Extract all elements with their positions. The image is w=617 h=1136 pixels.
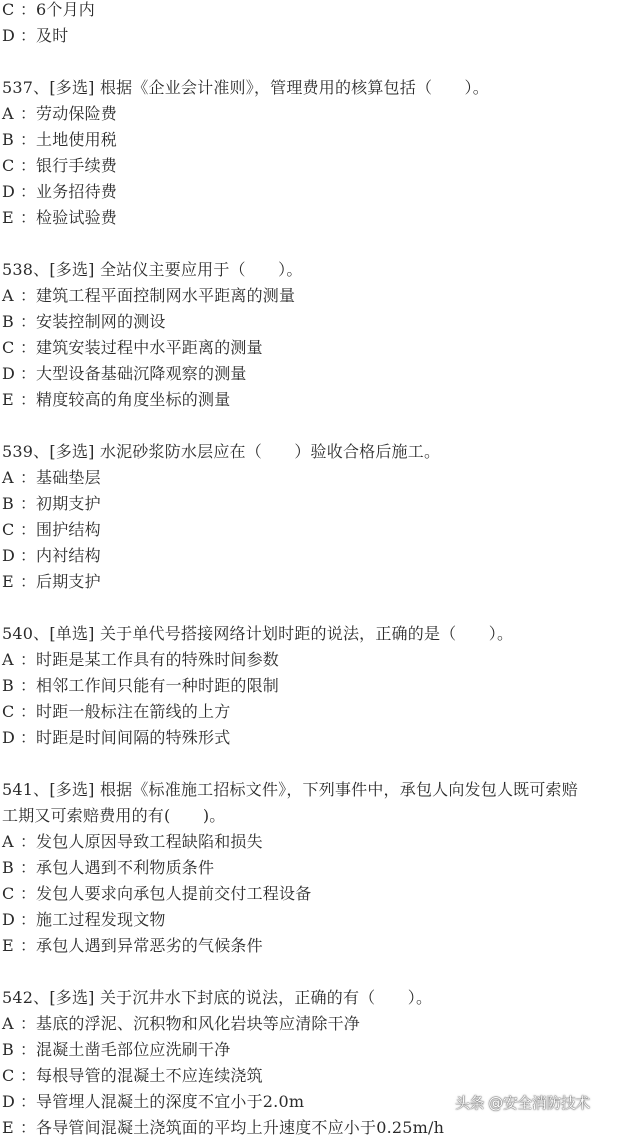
question-stem: 541、[多选] 根据《标准施工招标文件》，下列事件中，承包人向发包人既可索赔: [2, 777, 617, 803]
spacer: [2, 231, 617, 257]
option-line: E：各导管间混凝土浇筑面的平均上升速度不应小于0.25m/h: [2, 1115, 617, 1136]
option-line: A：时距是某工作具有的特殊时间参数: [2, 647, 617, 673]
question-stem: 538、[多选] 全站仪主要应用于（ ）。: [2, 257, 617, 283]
option-line: D：内衬结构: [2, 543, 617, 569]
option-line: C：围护结构: [2, 517, 617, 543]
option-colon: ：: [20, 101, 36, 127]
option-colon: ：: [20, 309, 36, 335]
option-letter: B: [2, 127, 20, 153]
question-number: 540: [2, 624, 33, 643]
option-colon: ：: [20, 1063, 36, 1089]
question-538: 538、[多选] 全站仪主要应用于（ ）。 A：建筑工程平面控制网水平距离的测量…: [2, 257, 617, 413]
option-letter: D: [2, 543, 20, 569]
option-line: B：承包人遇到不利物质条件: [2, 855, 617, 881]
option-colon: ：: [20, 0, 36, 23]
option-line: A：劳动保险费: [2, 101, 617, 127]
question-stem: 540、[单选] 关于单代号搭接网络计划时距的说法，正确的是（ ）。: [2, 621, 617, 647]
question-stem: 537、[多选] 根据《企业会计准则》，管理费用的核算包括（ ）。: [2, 75, 617, 101]
question-stem-continued: 工期又可索赔费用的有( )。: [2, 803, 617, 829]
option-line: E：承包人遇到异常恶劣的气候条件: [2, 933, 617, 959]
question-number: 541: [2, 780, 33, 799]
option-line: C：6个月内: [2, 0, 617, 23]
question-text: 全站仪主要应用于（ ）。: [100, 260, 303, 279]
question-stem: 542、[多选] 关于沉井水下封底的说法，正确的有（ ）。: [2, 985, 617, 1011]
option-colon: ：: [20, 543, 36, 569]
option-text: 检验试验费: [36, 208, 117, 227]
option-colon: ：: [20, 673, 36, 699]
option-line: C：每根导管的混凝土不应连续浇筑: [2, 1063, 617, 1089]
option-letter: D: [2, 725, 20, 751]
watermark: 头条 @安全消防技术: [455, 1092, 590, 1113]
option-colon: ：: [20, 725, 36, 751]
option-text: 施工过程发现文物: [36, 910, 166, 929]
option-letter: C: [2, 0, 20, 23]
option-text: 导管埋人混凝土的深度不宜小于2.0m: [36, 1092, 304, 1111]
option-colon: ：: [20, 881, 36, 907]
option-line: B：初期支护: [2, 491, 617, 517]
option-letter: A: [2, 829, 20, 855]
number-separator: 、: [33, 624, 49, 643]
option-line: A：发包人原因导致工程缺陷和损失: [2, 829, 617, 855]
option-colon: ：: [20, 179, 36, 205]
option-line: E：后期支护: [2, 569, 617, 595]
option-letter: C: [2, 335, 20, 361]
option-text: 精度较高的角度坐标的测量: [36, 390, 230, 409]
spacer: [2, 959, 617, 985]
option-letter: A: [2, 101, 20, 127]
option-colon: ：: [20, 855, 36, 881]
option-text: 及时: [36, 26, 68, 45]
option-colon: ：: [20, 127, 36, 153]
option-text: 基底的浮泥、沉积物和风化岩块等应清除干净: [36, 1014, 360, 1033]
option-letter: D: [2, 23, 20, 49]
option-line: C：银行手续费: [2, 153, 617, 179]
question-type: [多选]: [49, 780, 94, 799]
option-text: 时距一般标注在箭线的上方: [36, 702, 230, 721]
question-text: 根据《企业会计准则》，管理费用的核算包括（ ）。: [100, 78, 489, 97]
option-letter: C: [2, 517, 20, 543]
question-text: 根据《标准施工招标文件》，下列事件中，承包人向发包人既可索赔: [100, 780, 578, 799]
option-letter: B: [2, 309, 20, 335]
option-colon: ：: [20, 1115, 36, 1136]
option-text: 劳动保险费: [36, 104, 117, 123]
option-letter: A: [2, 1011, 20, 1037]
question-540: 540、[单选] 关于单代号搭接网络计划时距的说法，正确的是（ ）。 A：时距是…: [2, 621, 617, 751]
option-line: D：大型设备基础沉降观察的测量: [2, 361, 617, 387]
question-number: 542: [2, 988, 33, 1007]
option-colon: ：: [20, 387, 36, 413]
question-number: 537: [2, 78, 33, 97]
option-colon: ：: [20, 361, 36, 387]
question-537: 537、[多选] 根据《企业会计准则》，管理费用的核算包括（ ）。 A：劳动保险…: [2, 75, 617, 231]
option-text: 建筑工程平面控制网水平距离的测量: [36, 286, 295, 305]
option-colon: ：: [20, 569, 36, 595]
option-text: 基础垫层: [36, 468, 101, 487]
question-type: [多选]: [49, 442, 94, 461]
option-text: 后期支护: [36, 572, 101, 591]
option-letter: C: [2, 881, 20, 907]
option-letter: B: [2, 491, 20, 517]
spacer: [2, 413, 617, 439]
option-line: D：业务招待费: [2, 179, 617, 205]
option-colon: ：: [20, 907, 36, 933]
option-colon: ：: [20, 829, 36, 855]
option-text: 大型设备基础沉降观察的测量: [36, 364, 247, 383]
question-type: [多选]: [49, 988, 94, 1007]
question-type: [多选]: [49, 78, 94, 97]
option-text: 发包人要求向承包人提前交付工程设备: [36, 884, 311, 903]
option-line: B：土地使用税: [2, 127, 617, 153]
option-colon: ：: [20, 283, 36, 309]
option-colon: ：: [20, 153, 36, 179]
option-colon: ：: [20, 23, 36, 49]
question-type: [单选]: [49, 624, 94, 643]
option-letter: E: [2, 387, 20, 413]
option-text: 6个月内: [36, 0, 95, 19]
question-text: 关于沉井水下封底的说法，正确的有（ ）。: [100, 988, 432, 1007]
option-text: 时距是时间间隔的特殊形式: [36, 728, 230, 747]
option-letter: B: [2, 855, 20, 881]
option-letter: E: [2, 933, 20, 959]
option-line: C：发包人要求向承包人提前交付工程设备: [2, 881, 617, 907]
question-539: 539、[多选] 水泥砂浆防水层应在（ ）验收合格后施工。 A：基础垫层 B：初…: [2, 439, 617, 595]
option-letter: C: [2, 1063, 20, 1089]
option-text: 业务招待费: [36, 182, 117, 201]
option-text: 时距是某工作具有的特殊时间参数: [36, 650, 279, 669]
option-line: A：建筑工程平面控制网水平距离的测量: [2, 283, 617, 309]
option-text: 围护结构: [36, 520, 101, 539]
option-text: 初期支护: [36, 494, 101, 513]
option-letter: B: [2, 1037, 20, 1063]
option-text: 承包人遇到异常恶劣的气候条件: [36, 936, 263, 955]
option-letter: E: [2, 205, 20, 231]
question-text: 关于单代号搭接网络计划时距的说法，正确的是（ ）。: [100, 624, 513, 643]
option-colon: ：: [20, 465, 36, 491]
option-letter: A: [2, 283, 20, 309]
option-line: A：基础垫层: [2, 465, 617, 491]
question-number: 539: [2, 442, 33, 461]
option-letter: E: [2, 1115, 20, 1136]
question-541: 541、[多选] 根据《标准施工招标文件》，下列事件中，承包人向发包人既可索赔 …: [2, 777, 617, 959]
option-letter: E: [2, 569, 20, 595]
question-stem: 539、[多选] 水泥砂浆防水层应在（ ）验收合格后施工。: [2, 439, 617, 465]
option-letter: A: [2, 647, 20, 673]
option-colon: ：: [20, 647, 36, 673]
number-separator: 、: [33, 78, 49, 97]
number-separator: 、: [33, 780, 49, 799]
option-text: 混凝土凿毛部位应洗刷干净: [36, 1040, 230, 1059]
option-line: C：建筑安装过程中水平距离的测量: [2, 335, 617, 361]
option-text: 内衬结构: [36, 546, 101, 565]
option-text: 每根导管的混凝土不应连续浇筑: [36, 1066, 263, 1085]
question-text: 水泥砂浆防水层应在（ ）验收合格后施工。: [100, 442, 440, 461]
option-letter: D: [2, 361, 20, 387]
option-line: D：施工过程发现文物: [2, 907, 617, 933]
option-letter: C: [2, 153, 20, 179]
option-line: B：相邻工作间只能有一种时距的限制: [2, 673, 617, 699]
question-number: 538: [2, 260, 33, 279]
option-letter: B: [2, 673, 20, 699]
option-colon: ：: [20, 335, 36, 361]
option-colon: ：: [20, 517, 36, 543]
option-text: 银行手续费: [36, 156, 117, 175]
option-line: D：及时: [2, 23, 617, 49]
option-line: B：混凝土凿毛部位应洗刷干净: [2, 1037, 617, 1063]
option-text: 发包人原因导致工程缺陷和损失: [36, 832, 263, 851]
option-text: 安装控制网的测设: [36, 312, 166, 331]
number-separator: 、: [33, 442, 49, 461]
option-text: 土地使用税: [36, 130, 117, 149]
option-text: 各导管间混凝土浇筑面的平均上升速度不应小于0.25m/h: [36, 1118, 444, 1136]
option-colon: ：: [20, 933, 36, 959]
question-542: 542、[多选] 关于沉井水下封底的说法，正确的有（ ）。 A：基底的浮泥、沉积…: [2, 985, 617, 1136]
option-line: B：安装控制网的测设: [2, 309, 617, 335]
option-letter: A: [2, 465, 20, 491]
option-text: 建筑安装过程中水平距离的测量: [36, 338, 263, 357]
option-letter: D: [2, 1089, 20, 1115]
option-letter: C: [2, 699, 20, 725]
option-line: D：时距是时间间隔的特殊形式: [2, 725, 617, 751]
option-colon: ：: [20, 1037, 36, 1063]
spacer: [2, 751, 617, 777]
spacer: [2, 49, 617, 75]
option-line: C：时距一般标注在箭线的上方: [2, 699, 617, 725]
question-type: [多选]: [49, 260, 94, 279]
option-colon: ：: [20, 205, 36, 231]
option-line: E：精度较高的角度坐标的测量: [2, 387, 617, 413]
number-separator: 、: [33, 988, 49, 1007]
option-colon: ：: [20, 699, 36, 725]
option-text: 相邻工作间只能有一种时距的限制: [36, 676, 279, 695]
option-letter: D: [2, 179, 20, 205]
option-line: E：检验试验费: [2, 205, 617, 231]
exam-document: C：6个月内 D：及时 537、[多选] 根据《企业会计准则》，管理费用的核算包…: [2, 0, 617, 1136]
option-text: 承包人遇到不利物质条件: [36, 858, 214, 877]
question-text: 工期又可索赔费用的有( )。: [2, 806, 226, 825]
option-line: A：基底的浮泥、沉积物和风化岩块等应清除干净: [2, 1011, 617, 1037]
spacer: [2, 595, 617, 621]
option-colon: ：: [20, 1089, 36, 1115]
option-colon: ：: [20, 491, 36, 517]
number-separator: 、: [33, 260, 49, 279]
option-letter: D: [2, 907, 20, 933]
option-colon: ：: [20, 1011, 36, 1037]
